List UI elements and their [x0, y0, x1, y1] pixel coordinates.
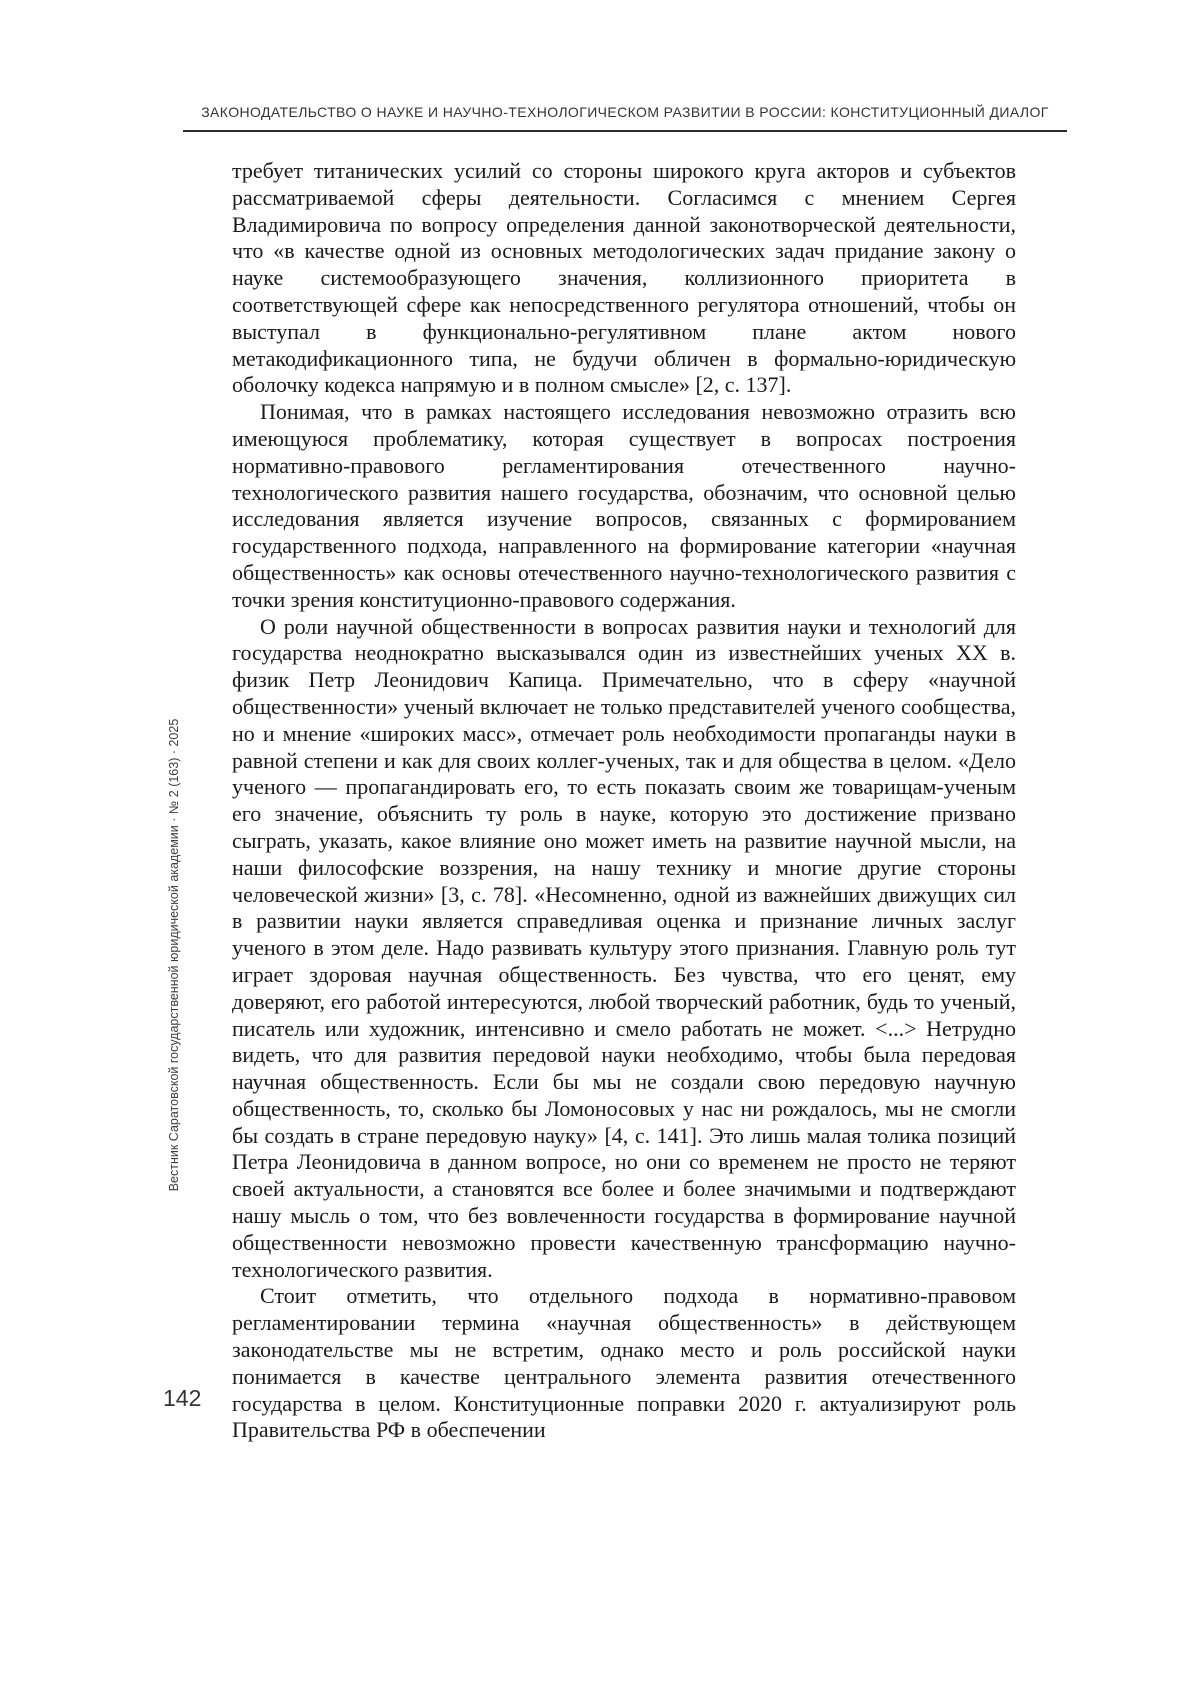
paragraph: О роли научной общественности в вопросах… — [232, 614, 1016, 1284]
journal-page: ЗАКОНОДАТЕЛЬСТВО О НАУКЕ И НАУЧНО-ТЕХНОЛ… — [0, 0, 1200, 1698]
paragraph: требует титанических усилий со стороны ш… — [232, 158, 1016, 399]
running-head: ЗАКОНОДАТЕЛЬСТВО О НАУКЕ И НАУЧНО-ТЕХНОЛ… — [183, 104, 1067, 132]
article-body: требует титанических усилий со стороны ш… — [232, 158, 1016, 1444]
paragraph: Понимая, что в рамках настоящего исследо… — [232, 399, 1016, 613]
page-number: 142 — [163, 1385, 201, 1412]
journal-sidebar-caption: Вестник Саратовской государственной юрид… — [167, 675, 183, 1235]
paragraph: Стоит отметить, что отдельного подхода в… — [232, 1283, 1016, 1444]
